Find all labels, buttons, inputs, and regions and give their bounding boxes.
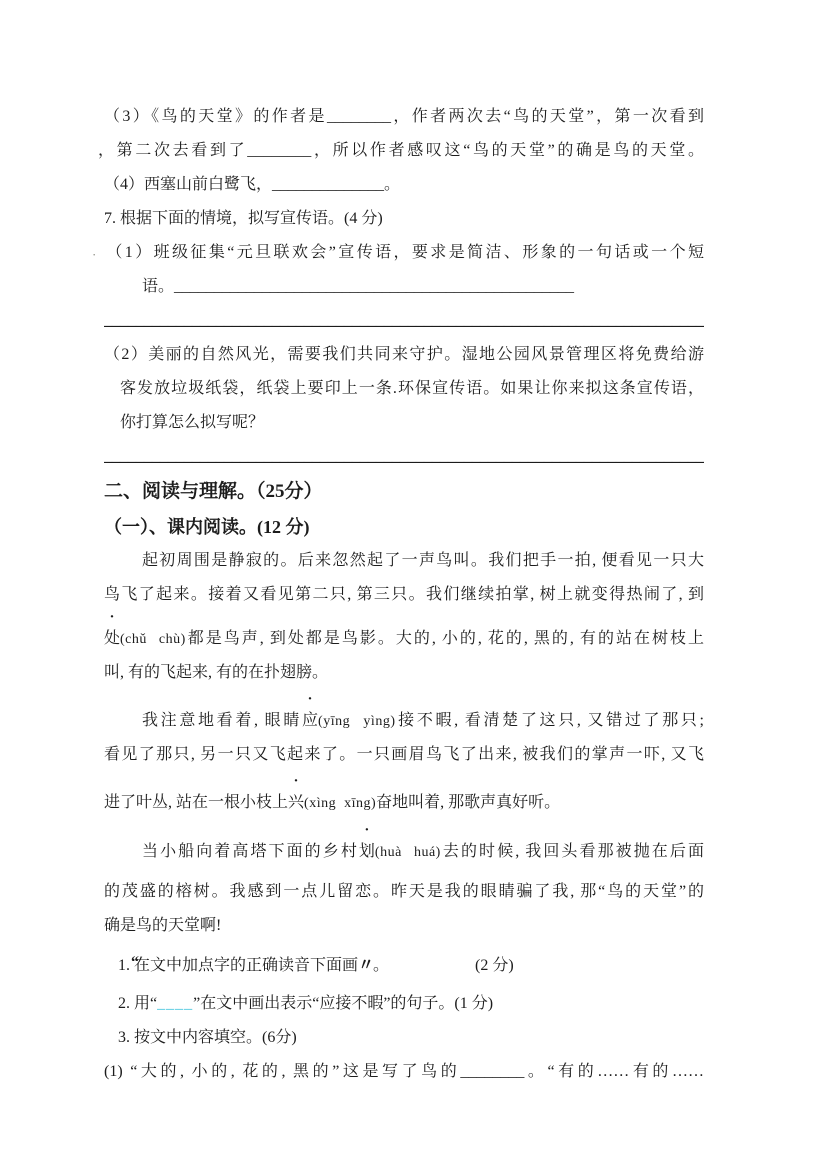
text-segment: 。“有的……有的…… (524, 1063, 704, 1080)
q7-intro: 7. 根据下面的情境，拟写宣传语。(4 分) (104, 202, 704, 236)
answer-line-1: ________________________________________… (104, 304, 704, 338)
text-segment: 。 (384, 176, 400, 193)
passage-p3-line-2: 的茂盛的榕树。我感到一点儿留恋。昨天是我的眼睛骗了我, 那“鸟的天堂”的 (104, 875, 704, 909)
q7-item2-line-3: 你打算怎么拟写呢？ (104, 406, 704, 440)
text-segment: (1) “大的, 小的, 花的, 黑的”这是写了鸟的 (104, 1063, 460, 1080)
text-segment: 的茂盛的榕树。我感到一点儿留恋。昨天是我的眼睛骗了我, 那“鸟的天堂”的 (104, 883, 704, 900)
text-segment: （3）《鸟的天堂》的作者是 (104, 108, 327, 125)
cyan-underline-blank: ____ (157, 995, 193, 1012)
q4-line-1: （4）西塞山前白鹭飞，______________。 (104, 168, 704, 202)
exam-content: （3）《鸟的天堂》的作者是________，作者两次去“鸟的天堂”，第一次看到 … (104, 100, 704, 1089)
text-segment: 看见了那只, 另一只又飞起来了。一只画眉鸟飞了出来, 被我们的掌声一吓, 又飞 (104, 746, 704, 763)
text-segment: （4）西塞山前白鹭飞， (104, 176, 272, 193)
reading-q3: 3. 按文中内容填空。(6分) (104, 1021, 704, 1055)
section-heading: 二、阅读与理解。（25分） (104, 474, 704, 510)
text-segment: 去的时候, 我回头看那被抛在后面 (441, 843, 704, 860)
answer-line: ________________________________________… (104, 312, 704, 329)
passage-p1-line-1: 起初周围是静寂的。后来忽然起了一声鸟叫。我们把手一拍, 便看见一只大 (104, 544, 704, 578)
answer-blank: ______________ (272, 176, 384, 193)
text-segment: 确是鸟的天堂啊! (104, 917, 221, 934)
pinyin-options: (yīng yìng) (318, 714, 395, 729)
text-segment: ，第二次去看到了 (98, 142, 247, 159)
pinyin-options: (chǔ chù) (120, 632, 186, 647)
text-segment: （2）美丽的自然风光，需要我们共同来守护。湿地公园风景管理区将免费给游 (104, 346, 704, 363)
passage-p3-line-3: 确是鸟的天堂啊! (104, 909, 704, 943)
q7-item2-line-2: 客发放垃圾纸袋，纸袋上要印上一条.环保宣传语。如果让你来拟这条宣传语， (104, 372, 704, 406)
dotted-char: 兴 (288, 786, 304, 820)
passage-p1-line-3: 处(chǔ chù)都是鸟声, 到处都是鸟影。大的, 小的, 花的, 黑的, 有… (104, 622, 704, 656)
text-segment: 在文中加点字的正确读音下面画 (134, 957, 358, 974)
dotted-char: 划 (359, 835, 375, 869)
text-segment: 进了叶丛, 站在一根小枝上 (104, 794, 288, 811)
passage-p1-line-4: 叫, 有的飞起来, 有的在扑翅膀。 (104, 656, 704, 690)
passage-p3-line-1: 当小船向着高塔下面的乡村划(huà huá)去的时候, 我回头看那被抛在后面 (104, 835, 704, 869)
subsection-heading: （一）、课内阅读。(12 分) (104, 510, 704, 544)
text-segment: 鸟飞了起来。接着又看见第二只, 第三只。我们继续拍掌, 树上就变得热闹了, 到 (104, 586, 704, 603)
q7-item2-line-1: （2）美丽的自然风光，需要我们共同来守护。湿地公园风景管理区将免费给游 (104, 338, 704, 372)
answer-line: ________________________________________… (104, 448, 704, 465)
text-segment: 你打算怎么拟写呢？ (120, 414, 264, 431)
q7-item1-line-2: 语。______________________________________… (104, 270, 704, 304)
answer-blank: ________ (247, 142, 311, 159)
text-segment: 起初周围是静寂的。后来忽然起了一声鸟叫。我们把手一拍, 便看见一只大 (142, 552, 704, 569)
answer-blank: ________ (460, 1063, 524, 1080)
q7-item1-line-1: ·（1）班级征集“元旦联欢会”宣传语，要求是简洁、形象的一句话或一个短 (104, 236, 704, 270)
text-segment: 都是鸟声, 到处都是鸟影。大的, 小的, 花的, 黑的, 有的站在树枝上 (186, 630, 704, 647)
answer-line-2: ________________________________________… (104, 440, 704, 474)
passage-p2-line-1: 我注意地看着, 眼睛应(yīng yìng)接不暇, 看清楚了这只, 又错过了那… (104, 704, 704, 738)
text-segment: 。 (373, 957, 389, 974)
answer-blank: ________ (327, 108, 391, 125)
text-segment: 3. 按文中内容填空。(6分) (118, 1029, 297, 1046)
text-segment: 我注意地看着, 眼睛 (142, 712, 302, 729)
text-segment: （1）班级征集“元旦联欢会”宣传语，要求是简洁、形象的一句话或一个短 (104, 244, 704, 261)
text-segment: 叫, 有的飞起来, 有的在扑翅膀。 (104, 664, 328, 681)
text-segment: ，所以作者感叹这“鸟的天堂”的确是鸟的天堂。 (311, 142, 704, 159)
pinyin-options: (xìng xīng) (304, 796, 376, 811)
passage-p1-line-2: 鸟飞了起来。接着又看见第二只, 第三只。我们继续拍掌, 树上就变得热闹了, 到 (104, 578, 704, 612)
text-segment: 奋地叫着, 那歌声真好听。 (376, 794, 560, 811)
passage-p2-line-2: 看见了那只, 另一只又飞起来了。一只画眉鸟飞了出来, 被我们的掌声一吓, 又飞 (104, 738, 704, 772)
text-segment: 接不暇, 看清楚了这只, 又错过了那只; (396, 712, 705, 729)
reading-q2: 2. 用“____”在文中画出表示“应接不暇”的句子。(1 分) (104, 987, 704, 1021)
answer-blank: ________________________________________… (174, 278, 574, 295)
text-segment: ，作者两次去“鸟的天堂”，第一次看到 (391, 108, 704, 125)
reading-q3-sub1: (1) “大的, 小的, 花的, 黑的”这是写了鸟的________。“有的……… (104, 1055, 704, 1089)
dotted-char: 处 (104, 622, 120, 656)
reading-q1: 1. “在文中加点字的正确读音下面画〃。(2 分) (104, 949, 704, 983)
passage-p2-line-3: 进了叶丛, 站在一根小枝上兴(xìng xīng)奋地叫着, 那歌声真好听。 (104, 786, 704, 821)
dotted-char: 应 (302, 704, 318, 738)
text-segment: 2. 用“ (118, 995, 157, 1012)
text-segment: ”在文中画出表示“应接不暇”的句子。(1 分) (193, 995, 493, 1012)
text-segment: 当小船向着高塔下面的乡村 (142, 843, 359, 860)
text-segment: 语。 (142, 278, 174, 295)
check-mark: 〃 (358, 957, 373, 974)
exam-page: { "page": { "background": "#ffffff", "te… (0, 0, 826, 1169)
text-segment: (2 分) (475, 957, 514, 974)
text-segment: 7. 根据下面的情境，拟写宣传语。(4 分) (104, 210, 383, 227)
q3-line-2: ，第二次去看到了________，所以作者感叹这“鸟的天堂”的确是鸟的天堂。 (98, 134, 704, 168)
pinyin-options: (huà huá) (375, 845, 441, 860)
q3-line-1: （3）《鸟的天堂》的作者是________，作者两次去“鸟的天堂”，第一次看到 (104, 100, 704, 134)
text-segment: 客发放垃圾纸袋，纸袋上要印上一条.环保宣传语。如果让你来拟这条宣传语， (120, 380, 704, 397)
